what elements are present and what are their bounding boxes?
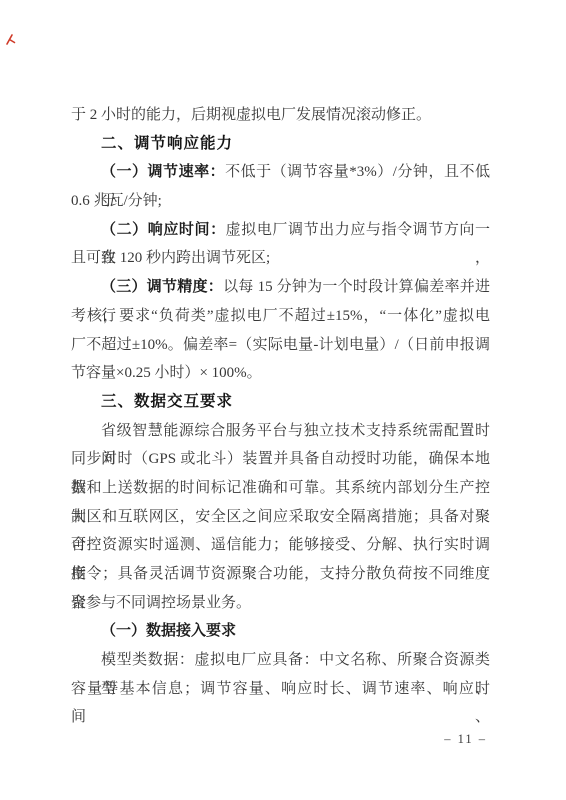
text-line: 0.6 兆瓦/分钟; [71, 187, 490, 216]
red-annotation-mark [5, 33, 16, 46]
text-segment: 考核，要求“负荷类”虚拟电厂不超过±15%，“一体化”虚拟电 [71, 308, 490, 324]
text-line: 据和上送数据的时间标记准确和可靠。其系统内部划分生产控制 [71, 474, 490, 503]
text-segment: 0.6 兆瓦/分钟; [71, 193, 162, 209]
text-line: （二）响应时间：虚拟电厂调节出力应与指令调节方向一致， [71, 216, 490, 245]
emphasis-segment: （三）调节精度： [101, 279, 223, 295]
text-line: 厂不超过±10%。偏差率=（实际电量-计划电量）/（日前申报调 [71, 331, 490, 360]
emphasis-segment: 二、调节响应能力 [101, 135, 233, 152]
text-line: 省级智慧能源综合服务平台与独立技术支持系统需配置时间 [71, 417, 490, 446]
emphasis-segment: （一）调节速率： [101, 164, 225, 180]
text-segment: 合参与不同调控场景业务。 [71, 595, 251, 611]
text-line: 同步对时（GPS 或北斗）装置并具备自动授时功能，确保本地数 [71, 445, 490, 474]
text-line: 于 2 小时的能力，后期视虚拟电厂发展情况滚动修正。 [71, 101, 490, 130]
text-line: 指令；具备灵活调节资源聚合功能，支持分散负荷按不同维度聚 [71, 560, 490, 589]
text-line: 可控资源实时遥测、遥信能力；能够接受、分解、执行实时调度 [71, 531, 490, 560]
text-segment: 厂不超过±10%。偏差率=（实际电量-计划电量）/（日前申报调 [71, 337, 490, 353]
emphasis-segment: （一）数据接入要求 [101, 623, 236, 639]
text-line: 大区和互联网区，安全区之间应采取安全隔离措施；具备对聚合 [71, 503, 490, 532]
page-number: – 11 – [444, 732, 487, 747]
text-segment: 节容量×0.25 小时）× 100%。 [71, 365, 262, 381]
text-segment: 容量等基本信息；调节容量、响应时长、调节速率、响应时间、 [71, 681, 490, 726]
text-line: 考核，要求“负荷类”虚拟电厂不超过±15%，“一体化”虚拟电 [71, 302, 490, 331]
text-line: （一）调节速率：不低于（调节容量*3%）/分钟，且不低于 [71, 158, 490, 187]
document-page: 于 2 小时的能力，后期视虚拟电厂发展情况滚动修正。二、调节响应能力（一）调节速… [0, 0, 566, 800]
section-heading: （一）数据接入要求 [71, 617, 490, 646]
section-heading: 二、调节响应能力 [71, 130, 490, 159]
text-line: （三）调节精度：以每 15 分钟为一个时段计算偏差率并进行 [71, 273, 490, 302]
text-line: 节容量×0.25 小时）× 100%。 [71, 359, 490, 388]
text-line: 合参与不同调控场景业务。 [71, 589, 490, 618]
section-heading: 三、数据交互要求 [71, 388, 490, 417]
document-body: 于 2 小时的能力，后期视虚拟电厂发展情况滚动修正。二、调节响应能力（一）调节速… [71, 101, 490, 703]
emphasis-segment: （二）响应时间： [101, 222, 226, 238]
text-line: 容量等基本信息；调节容量、响应时长、调节速率、响应时间、 [71, 675, 490, 704]
text-segment: 于 2 小时的能力，后期视虚拟电厂发展情况滚动修正。 [71, 107, 431, 123]
text-line: 模型类数据：虚拟电厂应具备：中文名称、所聚合资源类型、 [71, 646, 490, 675]
text-segment: 且可在 120 秒内跨出调节死区; [71, 250, 270, 266]
emphasis-segment: 三、数据交互要求 [101, 393, 233, 410]
